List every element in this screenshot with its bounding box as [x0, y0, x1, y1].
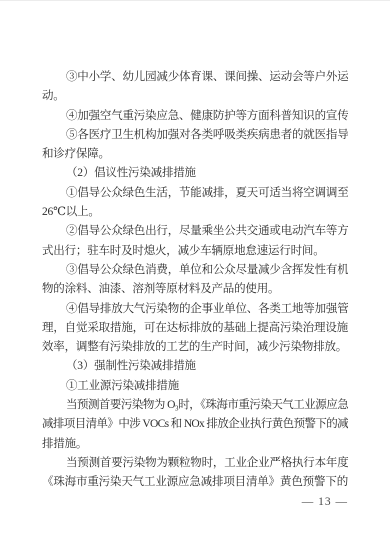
document-body: ③中小学、幼儿园减少体育课、课间操、运动会等户外运动。④加强空气重污染应急、健康…	[42, 68, 348, 493]
text-line: 物的涂料、油漆、溶剂等原材料及产品的使用。	[42, 280, 348, 299]
page-number: — 13 —	[302, 494, 348, 510]
text-line: ③中小学、幼儿园减少体育课、课间操、运动会等户外运	[42, 68, 348, 87]
text-line: ④加强空气重污染应急、健康防护等方面科普知识的宣传。	[42, 107, 348, 126]
text-line: ③倡导公众绿色消费，单位和公众尽量减少含挥发性有机	[42, 261, 348, 280]
text-line: 效率，调整有污染排放的工艺的生产时间，减少污染物排放。	[42, 338, 348, 357]
text-line: （3）强制性污染减排措施	[42, 357, 348, 376]
text-line: 《珠海市重污染天气工业源应急减排项目清单》黄色预警下的	[42, 473, 348, 492]
text-line: 式出行；驻车时及时熄火，减少车辆原地怠速运行时间。	[42, 242, 348, 261]
text-line: 理，自觉采取措施，可在达标排放的基础上提高污染治理设施	[42, 319, 348, 338]
text-line: ④倡导排放大气污染物的企事业单位、各类工地等加强管	[42, 300, 348, 319]
text-line: （2）倡议性污染减排措施	[42, 164, 348, 183]
text-line: ①工业源污染减排措施	[42, 377, 348, 396]
document-page: ③中小学、幼儿园减少体育课、课间操、运动会等户外运动。④加强空气重污染应急、健康…	[0, 0, 390, 551]
text-line: 排措施。	[42, 435, 348, 454]
text-line: 当预测首要污染物为颗粒物时，工业企业严格执行本年度	[42, 454, 348, 473]
text-line: 减排项目清单》中涉 VOCs 和 NOx 排放企业执行黄色预警下的减	[42, 415, 348, 434]
text-line: 动。	[42, 87, 348, 106]
text-line: ②倡导公众绿色出行，尽量乘坐公共交通或电动汽车等方	[42, 222, 348, 241]
text-line: 和诊疗保障。	[42, 145, 348, 164]
text-line: ①倡导公众绿色生活，节能减排，夏天可适当将空调调至	[42, 184, 348, 203]
text-line: ⑤各医疗卫生机构加强对各类呼吸类疾病患者的就医指导	[42, 126, 348, 145]
text-line: 当预测首要污染物为 O₃时，《珠海市重污染天气工业源应急	[42, 396, 348, 415]
text-line: 26℃以上。	[42, 203, 348, 222]
